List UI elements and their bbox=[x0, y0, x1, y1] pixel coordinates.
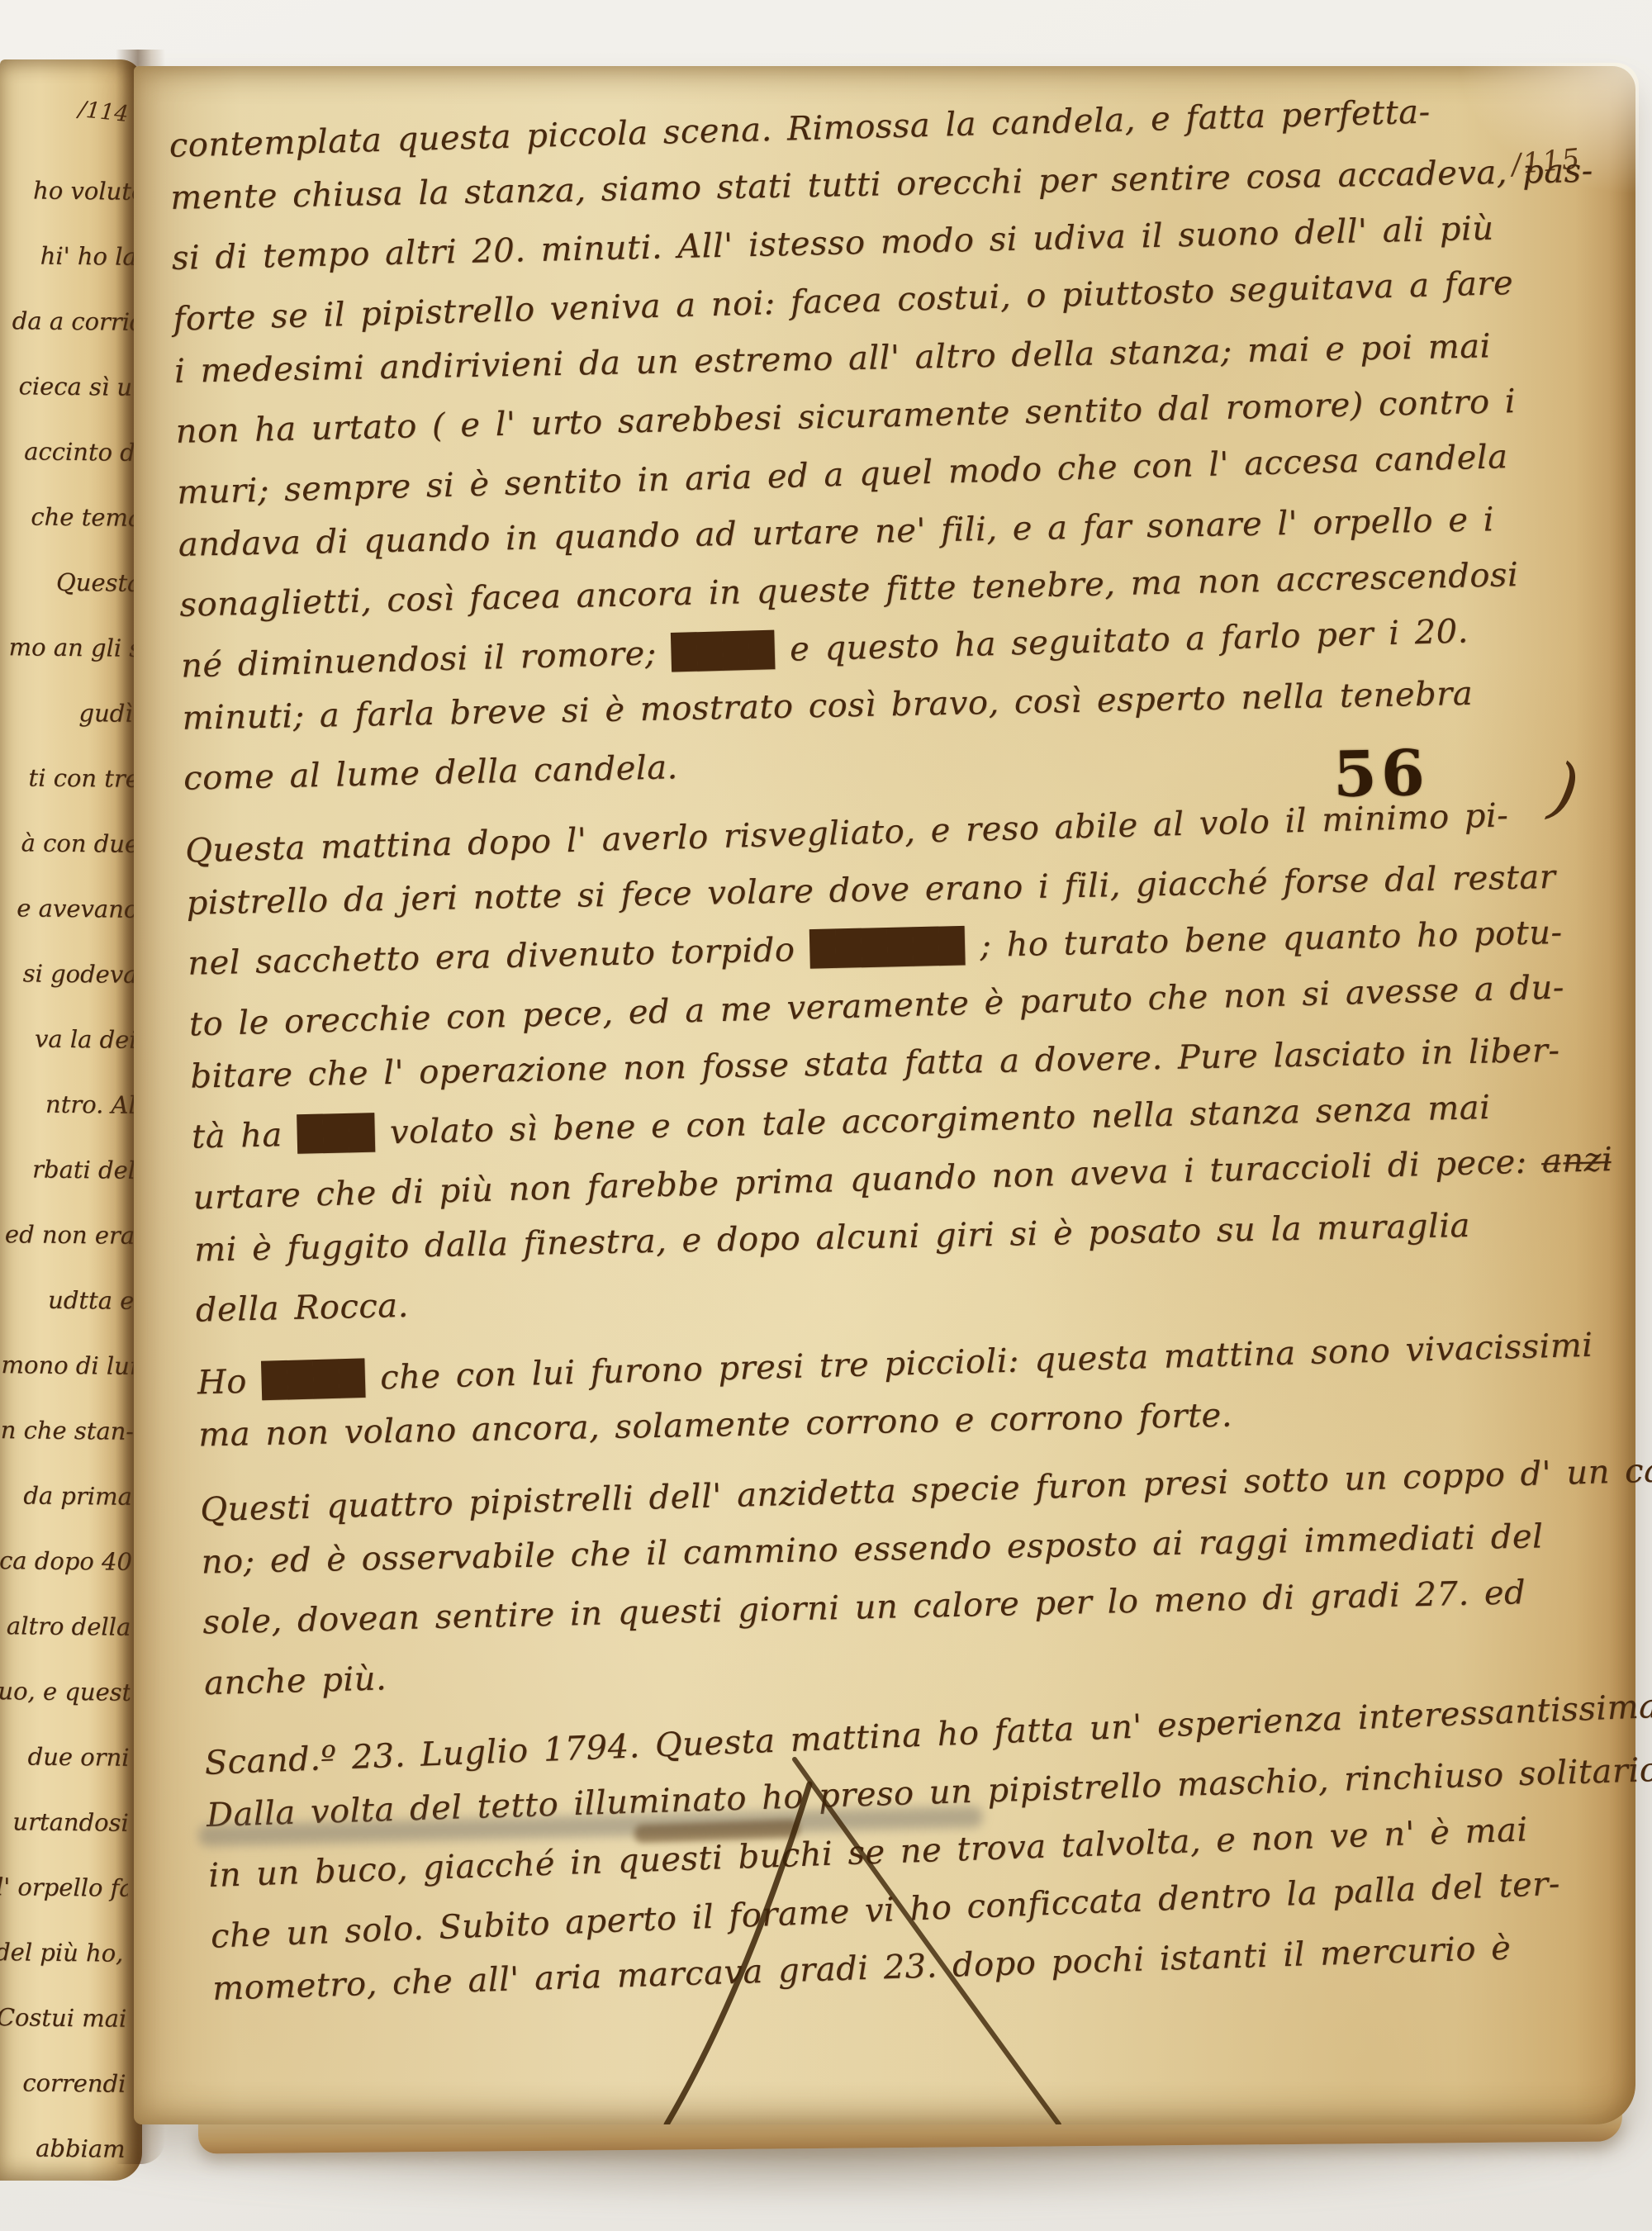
text-fragment: due orni bbox=[0, 1724, 130, 1791]
manuscript-page-115: /115 56 ) contemplata questa piccola sce… bbox=[134, 66, 1635, 2124]
text-fragment: abbiam bbox=[0, 2115, 126, 2182]
text-fragment: del più ho, il bbox=[0, 1920, 127, 1987]
paragraph-chimney-heat: Questi quattro pipistrelli dell' anzidet… bbox=[199, 1445, 1643, 1709]
paragraph-candle-experiment: contemplata questa piccola scena. Rimoss… bbox=[169, 81, 1623, 807]
text-fragment: Costui mai bbox=[0, 1985, 127, 2052]
text-fragment: udtta e bbox=[2, 1267, 135, 1334]
paragraph-pitch-earplugs: Questa mattina dopo l' averlo risvegliat… bbox=[184, 786, 1635, 1339]
text-fragment: mono di lume bbox=[1, 1332, 134, 1399]
text-fragment: correndi bbox=[0, 2050, 126, 2117]
text-fragment: n che stan- bbox=[0, 1398, 133, 1464]
text-fragment: urtandosi bbox=[0, 1789, 129, 1856]
paragraph-young-bats: Ho ████ che con lui furono presi tre pic… bbox=[197, 1318, 1638, 1466]
handwritten-text: contemplata questa piccola scena. Rimoss… bbox=[169, 81, 1650, 2023]
text-fragment: altro della bbox=[0, 1593, 131, 1660]
text-fragment: uo, e questi bbox=[0, 1659, 131, 1725]
paragraph-dated-entry-23-july-1794: Scand.º 23. Luglio 1794. Questa mattina … bbox=[203, 1681, 1651, 2020]
text-fragment: ca dopo 40 bbox=[0, 1528, 131, 1595]
text-fragment: l' orpello fa. bbox=[0, 1854, 128, 1921]
text-fragment: da prima bbox=[0, 1463, 132, 1530]
